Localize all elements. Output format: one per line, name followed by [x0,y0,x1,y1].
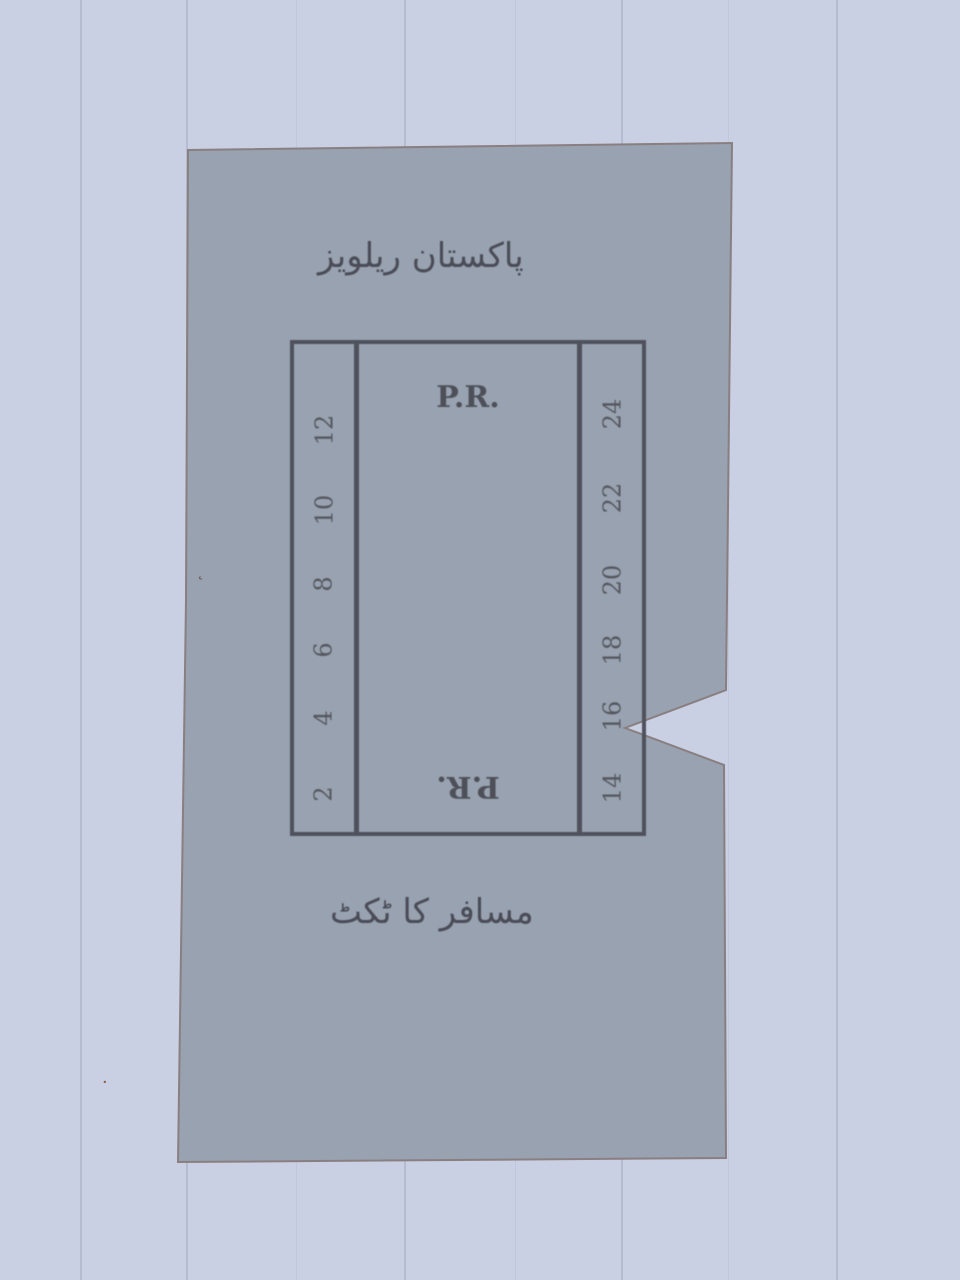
stage-number: 4 [294,704,354,732]
ticket-header-urdu: پاکستان ریلویز [318,236,524,276]
stage-number: 24 [582,400,642,428]
stage-column-left: 2 4 6 8 10 12 [294,344,359,832]
stage-number: 14 [582,774,642,802]
stage-number-punched: 16 [582,702,642,730]
stage-number: 22 [582,484,642,512]
stage-number: 10 [294,496,354,524]
fare-stage-frame: 2 4 6 8 10 12 P.R. P.R. 14 16 18 20 22 2… [290,340,646,836]
stage-number: 20 [582,566,642,594]
pencil-mark: ˛ [196,560,205,581]
speck-mark: · [102,1072,108,1093]
stage-number: 6 [294,636,354,664]
ticket-footer-urdu: مسافر کا ٹکٹ [330,892,534,932]
stage-number: 12 [294,416,354,444]
stage-column-right: 14 16 18 20 22 24 [577,344,642,832]
stage-number: 8 [294,570,354,598]
stage-number: 18 [582,636,642,664]
